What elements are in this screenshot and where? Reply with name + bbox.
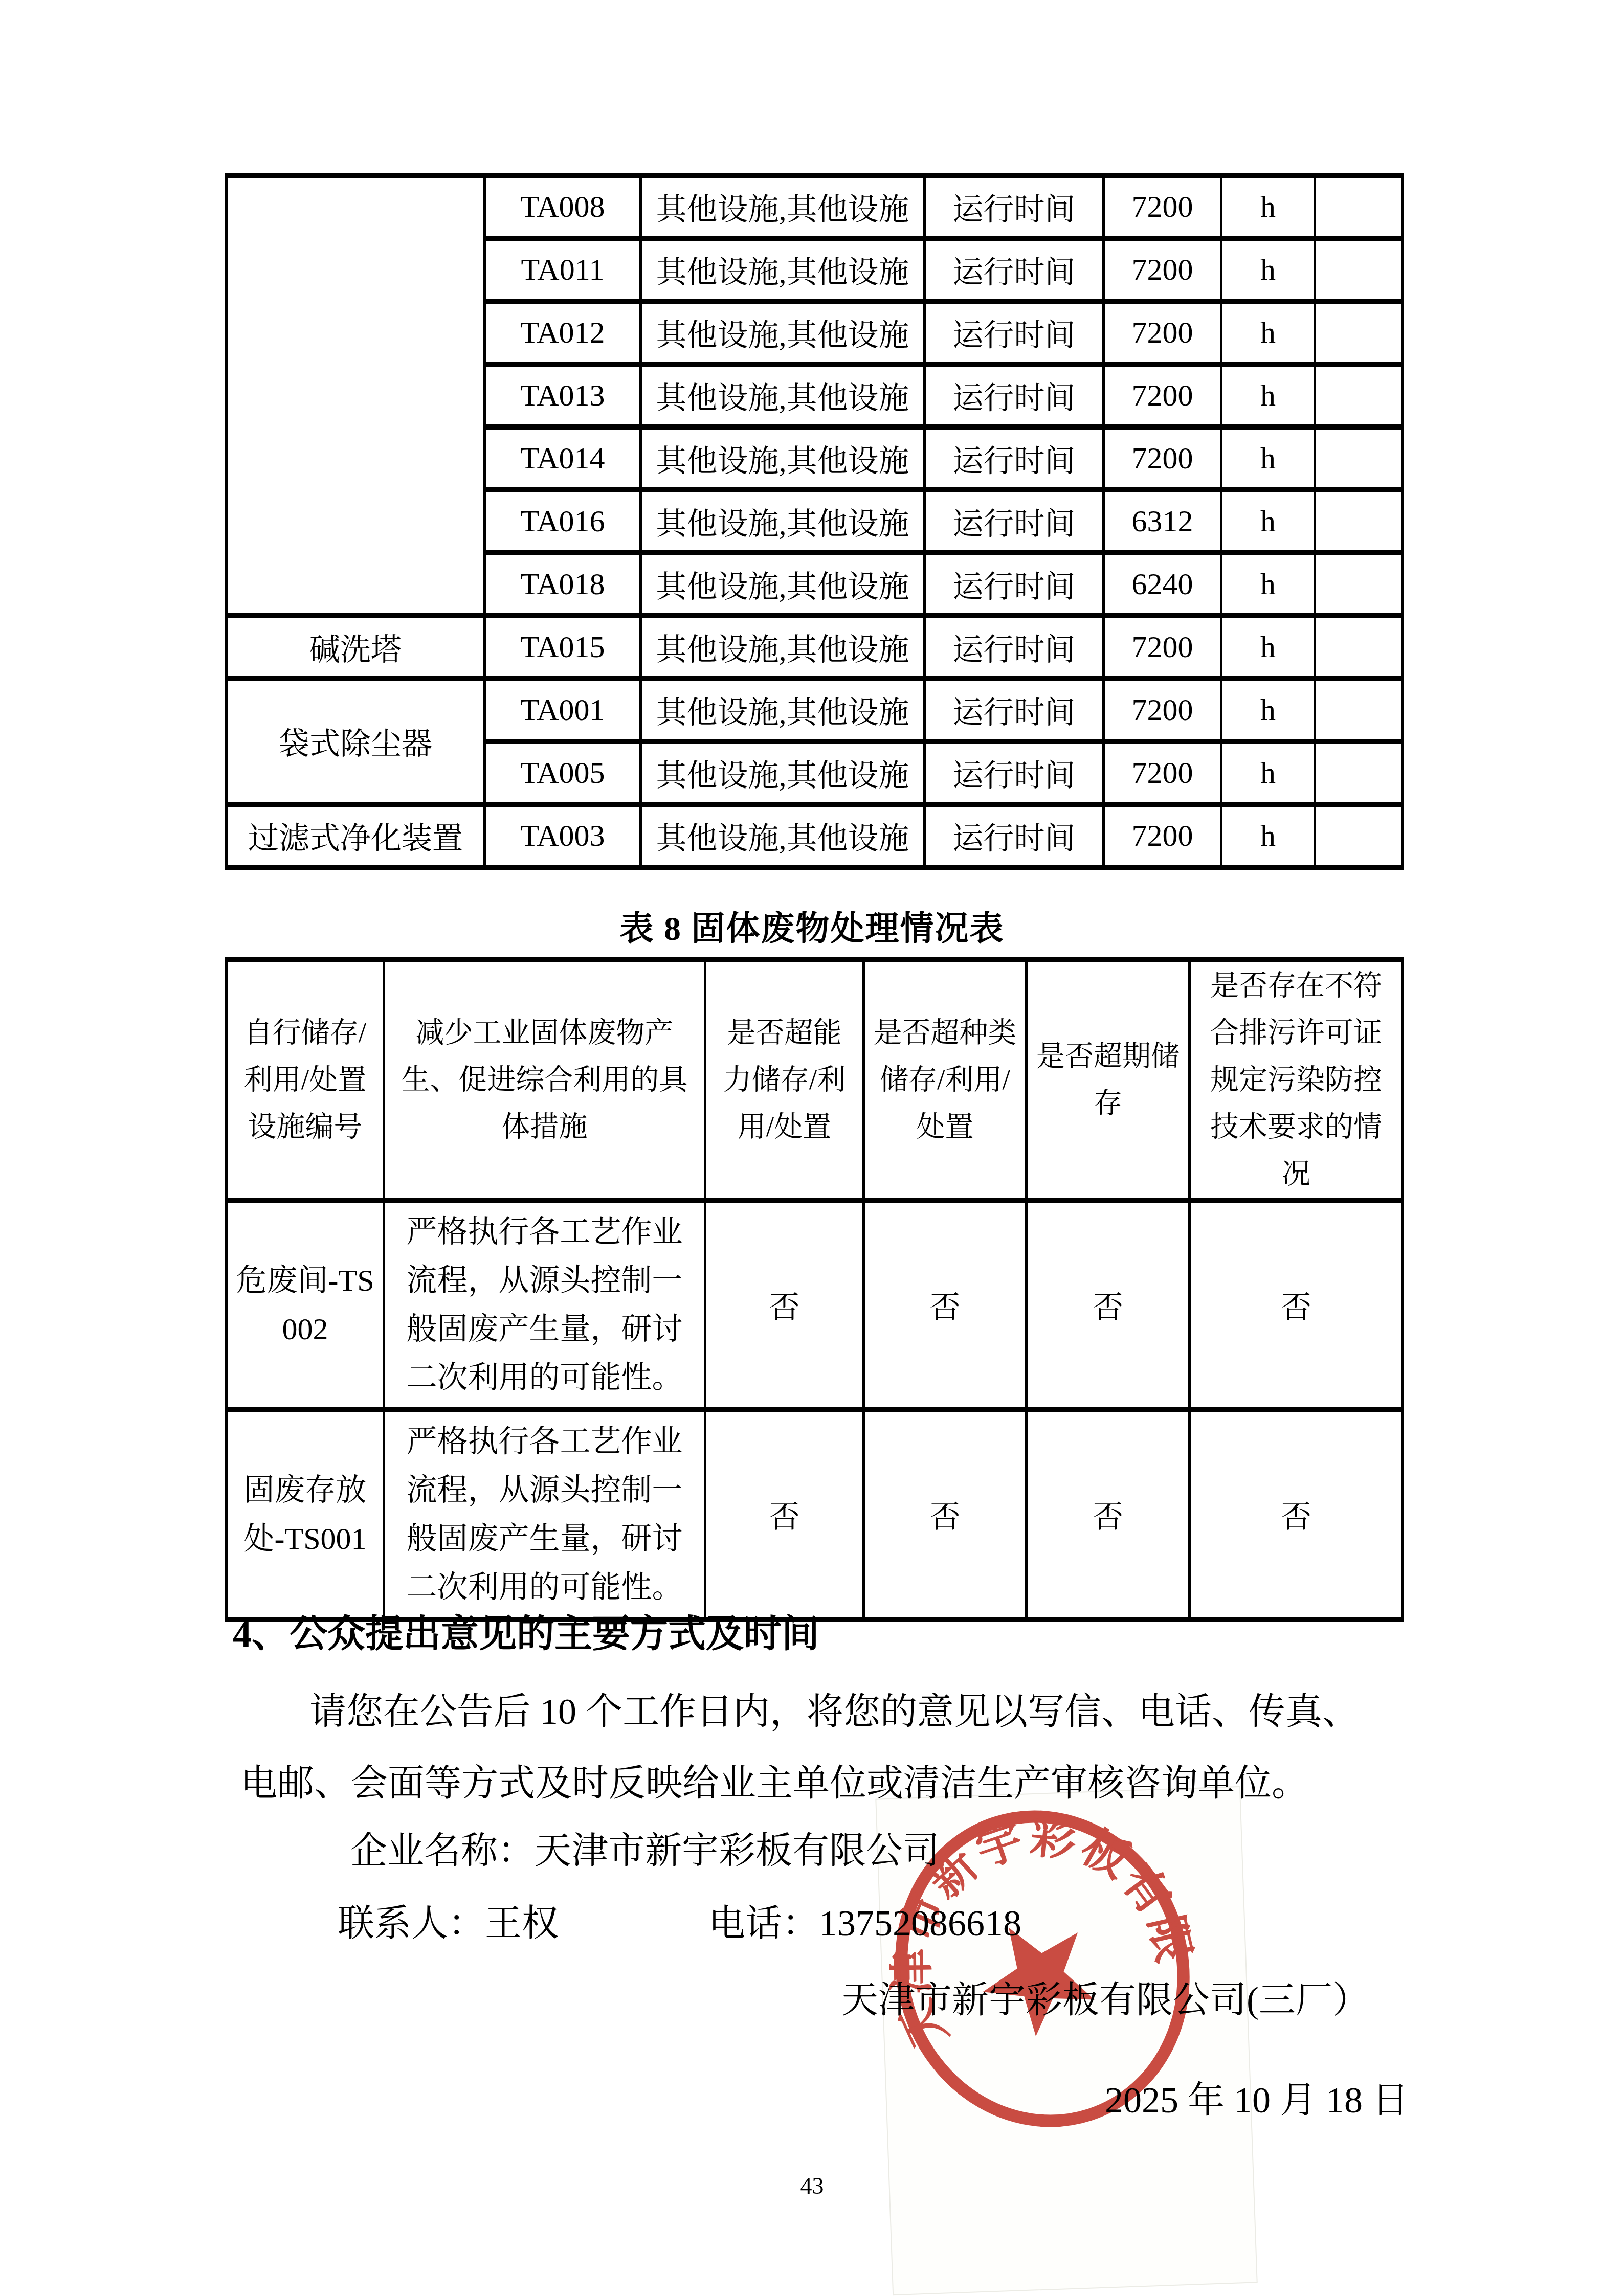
- facility-id: TA015: [485, 616, 641, 679]
- table-row: 固废存放处-TS001 严格执行各工艺作业流程，从源头控制一般固废产生量，研讨二…: [227, 1410, 1403, 1619]
- table-row: TA008 其他设施,其他设施 运行时间 7200 h: [227, 175, 1403, 238]
- page-number: 43: [0, 2172, 1624, 2199]
- nonconforming-value: 否: [1190, 1410, 1403, 1619]
- note-cell: [1315, 553, 1403, 616]
- facility-id: TA008: [485, 175, 641, 238]
- unit: h: [1221, 427, 1315, 490]
- facility-type: 其他设施,其他设施: [641, 364, 925, 427]
- parameter: 运行时间: [925, 804, 1104, 867]
- facility-type: 其他设施,其他设施: [641, 679, 925, 741]
- over-capacity-value: 否: [705, 1200, 864, 1410]
- facility-type: 其他设施,其他设施: [641, 804, 925, 867]
- unit: h: [1221, 364, 1315, 427]
- company-name-line: 企业名称：天津市新宇彩板有限公司: [350, 1820, 940, 1874]
- unit: h: [1221, 238, 1315, 301]
- parameter: 运行时间: [925, 364, 1104, 427]
- signature-company-line: 天津市新宇彩板有限公司(三厂）: [841, 1970, 1369, 2023]
- table8-title: 表 8 固体废物处理情况表: [0, 901, 1624, 950]
- parameter: 运行时间: [925, 238, 1104, 301]
- header-over-period: 是否超期储存: [1027, 960, 1190, 1200]
- note-cell: [1315, 301, 1403, 364]
- over-type-value: 否: [864, 1410, 1027, 1619]
- facility-type: 其他设施,其他设施: [641, 301, 925, 364]
- unit: h: [1221, 175, 1315, 238]
- facility-id: TA011: [485, 238, 641, 301]
- unit: h: [1221, 553, 1315, 616]
- note-cell: [1315, 175, 1403, 238]
- unit: h: [1221, 490, 1315, 553]
- table-row: 过滤式净化装置 TA003 其他设施,其他设施 运行时间 7200 h: [227, 804, 1403, 867]
- value: 7200: [1104, 364, 1221, 427]
- parameter: 运行时间: [925, 679, 1104, 741]
- over-type-value: 否: [864, 1200, 1027, 1410]
- unit: h: [1221, 616, 1315, 679]
- table-header-row: 自行储存/利用/处置设施编号 减少工业固体废物产生、促进综合利用的具体措施 是否…: [227, 960, 1403, 1200]
- parameter: 运行时间: [925, 741, 1104, 804]
- parameter: 运行时间: [925, 427, 1104, 490]
- value: 6240: [1104, 553, 1221, 616]
- note-cell: [1315, 238, 1403, 301]
- section4-heading: 4、公众提出意见的主要方式及时间: [233, 1604, 819, 1658]
- header-over-type: 是否超种类储存/利用/处置: [864, 960, 1027, 1200]
- facility-id: TA018: [485, 553, 641, 616]
- note-cell: [1315, 679, 1403, 741]
- waste-facility-id: 危废间-TS002: [227, 1200, 384, 1410]
- parameter: 运行时间: [925, 175, 1104, 238]
- value: 6312: [1104, 490, 1221, 553]
- note-cell: [1315, 364, 1403, 427]
- header-nonconforming: 是否存在不符合排污许可证规定污染防控技术要求的情况: [1190, 960, 1403, 1200]
- facility-type: 其他设施,其他设施: [641, 427, 925, 490]
- header-over-capacity: 是否超能力储存/利用/处置: [705, 960, 864, 1200]
- parameter: 运行时间: [925, 490, 1104, 553]
- over-period-value: 否: [1027, 1410, 1190, 1619]
- waste-measure: 严格执行各工艺作业流程，从源头控制一般固废产生量，研讨二次利用的可能性。: [384, 1200, 705, 1410]
- facility-type: 其他设施,其他设施: [641, 616, 925, 679]
- value: 7200: [1104, 175, 1221, 238]
- value: 7200: [1104, 679, 1221, 741]
- header-facility-id: 自行储存/利用/处置设施编号: [227, 960, 384, 1200]
- parameter: 运行时间: [925, 301, 1104, 364]
- group-cell: 袋式除尘器: [227, 679, 485, 804]
- facility-type: 其他设施,其他设施: [641, 175, 925, 238]
- waste-measure: 严格执行各工艺作业流程，从源头控制一般固废产生量，研讨二次利用的可能性。: [384, 1410, 705, 1619]
- note-cell: [1315, 741, 1403, 804]
- document-page: TA008 其他设施,其他设施 运行时间 7200 h TA011 其他设施,其…: [0, 0, 1624, 2296]
- value: 7200: [1104, 741, 1221, 804]
- over-capacity-value: 否: [705, 1410, 864, 1619]
- waste-facility-id: 固废存放处-TS001: [227, 1410, 384, 1619]
- parameter: 运行时间: [925, 616, 1104, 679]
- note-cell: [1315, 490, 1403, 553]
- facility-id: TA012: [485, 301, 641, 364]
- group-cell: 碱洗塔: [227, 616, 485, 679]
- group-cell: 过滤式净化装置: [227, 804, 485, 867]
- contact-person-line: 联系人：王权: [338, 1893, 559, 1946]
- nonconforming-value: 否: [1190, 1200, 1403, 1410]
- unit: h: [1221, 741, 1315, 804]
- facility-type: 其他设施,其他设施: [641, 238, 925, 301]
- table-row: 袋式除尘器 TA001 其他设施,其他设施 运行时间 7200 h: [227, 679, 1403, 741]
- facility-type: 其他设施,其他设施: [641, 490, 925, 553]
- header-measures: 减少工业固体废物产生、促进综合利用的具体措施: [384, 960, 705, 1200]
- unit: h: [1221, 679, 1315, 741]
- facility-id: TA013: [485, 364, 641, 427]
- facility-id: TA003: [485, 804, 641, 867]
- date-line: 2025 年 10 月 18 日: [1105, 2070, 1409, 2123]
- table-row: 危废间-TS002 严格执行各工艺作业流程，从源头控制一般固废产生量，研讨二次利…: [227, 1200, 1403, 1410]
- note-cell: [1315, 427, 1403, 490]
- table-row: 碱洗塔 TA015 其他设施,其他设施 运行时间 7200 h: [227, 616, 1403, 679]
- equipment-runtime-table: TA008 其他设施,其他设施 运行时间 7200 h TA011 其他设施,其…: [225, 173, 1404, 870]
- note-cell: [1315, 616, 1403, 679]
- value: 7200: [1104, 616, 1221, 679]
- over-period-value: 否: [1027, 1200, 1190, 1410]
- solid-waste-table: 自行储存/利用/处置设施编号 减少工业固体废物产生、促进综合利用的具体措施 是否…: [225, 957, 1404, 1622]
- value: 7200: [1104, 427, 1221, 490]
- unit: h: [1221, 301, 1315, 364]
- facility-id: TA005: [485, 741, 641, 804]
- paragraph-line-2: 电邮、会面等方式及时反映给业主单位或清洁生产审核咨询单位。: [240, 1753, 1308, 1806]
- value: 7200: [1104, 804, 1221, 867]
- parameter: 运行时间: [925, 553, 1104, 616]
- facility-type: 其他设施,其他设施: [641, 741, 925, 804]
- facility-id: TA016: [485, 490, 641, 553]
- value: 7200: [1104, 238, 1221, 301]
- unit: h: [1221, 804, 1315, 867]
- facility-type: 其他设施,其他设施: [641, 553, 925, 616]
- facility-id: TA001: [485, 679, 641, 741]
- paragraph-line-1: 请您在公告后 10 个工作日内，将您的意见以写信、电话、传真、: [309, 1681, 1359, 1735]
- phone-line: 电话：13752086618: [708, 1893, 1021, 1946]
- value: 7200: [1104, 301, 1221, 364]
- group-cell-empty: [227, 175, 485, 616]
- note-cell: [1315, 804, 1403, 867]
- facility-id: TA014: [485, 427, 641, 490]
